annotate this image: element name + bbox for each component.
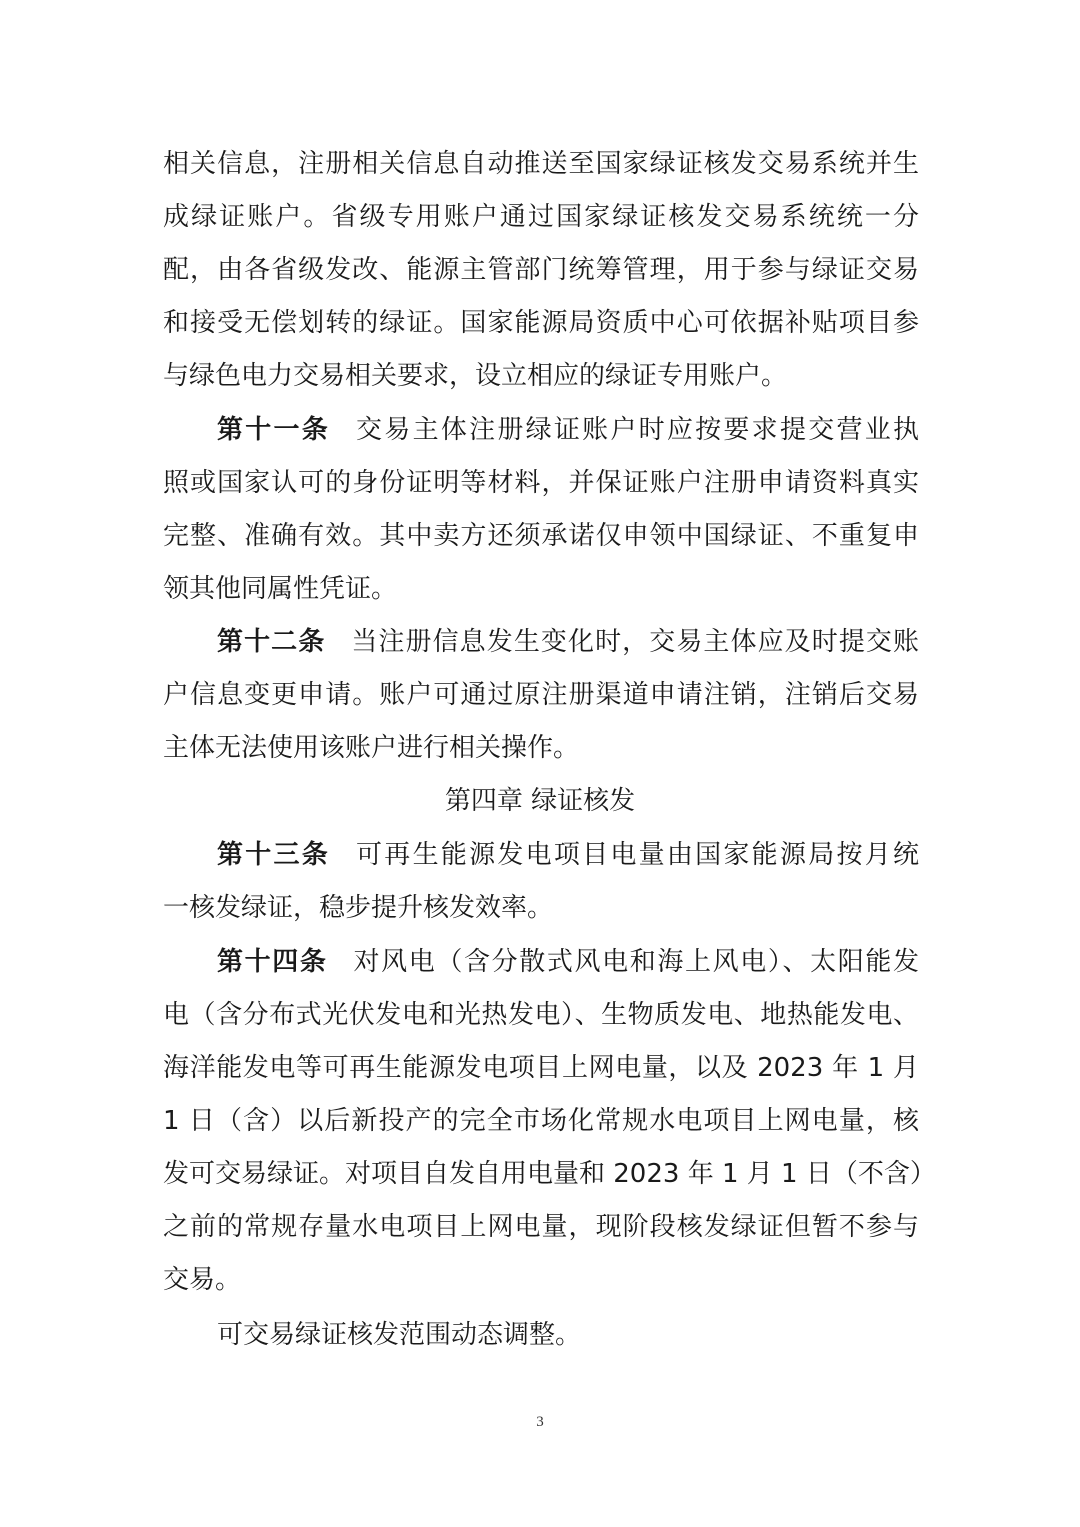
text-line: 对风电（含分散式风电和海上风电）、太阳能发 bbox=[354, 947, 919, 977]
text-line: 与绿色电力交易相关要求，设立相应的绿证专用账户。 bbox=[163, 350, 919, 403]
text-line: 交易主体注册绿证账户时应按要求提交营业执 bbox=[356, 415, 919, 445]
text-line: 可再生能源发电项目电量由国家能源局按月统 bbox=[356, 840, 919, 870]
text-line: 电（含分布式光伏发电和光热发电）、生物质发电、地热能发电、 bbox=[163, 989, 919, 1042]
article-heading: 第十四条 bbox=[217, 947, 328, 977]
text-line: 户信息变更申请。账户可通过原注册渠道申请注销，注销后交易 bbox=[163, 669, 919, 722]
text-line: 发可交易绿证。对项目自发自用电量和 2023 年 1 月 1 日（不含） bbox=[163, 1148, 919, 1201]
text-line: 领其他同属性凭证。 bbox=[163, 563, 919, 616]
text-line: 1 日（含）以后新投产的完全市场化常规水电项目上网电量，核 bbox=[163, 1095, 919, 1148]
article-13-first-line: 第十三条可再生能源发电项目电量由国家能源局按月统 bbox=[217, 829, 919, 882]
text-line: 可交易绿证核发范围动态调整。 bbox=[217, 1309, 919, 1362]
text-line: 一核发绿证，稳步提升核发效率。 bbox=[163, 882, 919, 935]
text-line: 交易。 bbox=[163, 1254, 919, 1307]
text-line: 完整、准确有效。其中卖方还须承诺仅申领中国绿证、不重复申 bbox=[163, 510, 919, 563]
text-line: 成绿证账户。省级专用账户通过国家绿证核发交易系统统一分 bbox=[163, 191, 919, 244]
text-line: 主体无法使用该账户进行相关操作。 bbox=[163, 722, 919, 775]
text-line: 当注册信息发生变化时，交易主体应及时提交账 bbox=[351, 627, 919, 657]
text-line: 海洋能发电等可再生能源发电项目上网电量，以及 2023 年 1 月 bbox=[163, 1042, 919, 1095]
text-line: 之前的常规存量水电项目上网电量，现阶段核发绿证但暂不参与 bbox=[163, 1201, 919, 1254]
article-14-first-line: 第十四条对风电（含分散式风电和海上风电）、太阳能发 bbox=[217, 936, 919, 989]
article-11-first-line: 第十一条交易主体注册绿证账户时应按要求提交营业执 bbox=[217, 404, 919, 457]
page-number: 3 bbox=[0, 1414, 1080, 1431]
article-heading: 第十二条 bbox=[217, 627, 325, 657]
article-12-first-line: 第十二条当注册信息发生变化时，交易主体应及时提交账 bbox=[217, 616, 919, 669]
chapter-heading: 第四章 绿证核发 bbox=[0, 775, 1080, 828]
article-heading: 第十三条 bbox=[217, 840, 330, 870]
text-line: 和接受无偿划转的绿证。国家能源局资质中心可依据补贴项目参 bbox=[163, 297, 919, 350]
article-heading: 第十一条 bbox=[217, 415, 330, 445]
text-line: 配，由各省级发改、能源主管部门统筹管理，用于参与绿证交易 bbox=[163, 244, 919, 297]
document-page: 相关信息，注册相关信息自动推送至国家绿证核发交易系统并生 成绿证账户。省级专用账… bbox=[0, 0, 1080, 1527]
text-line: 相关信息，注册相关信息自动推送至国家绿证核发交易系统并生 bbox=[163, 138, 919, 191]
text-line: 照或国家认可的身份证明等材料，并保证账户注册申请资料真实 bbox=[163, 457, 919, 510]
